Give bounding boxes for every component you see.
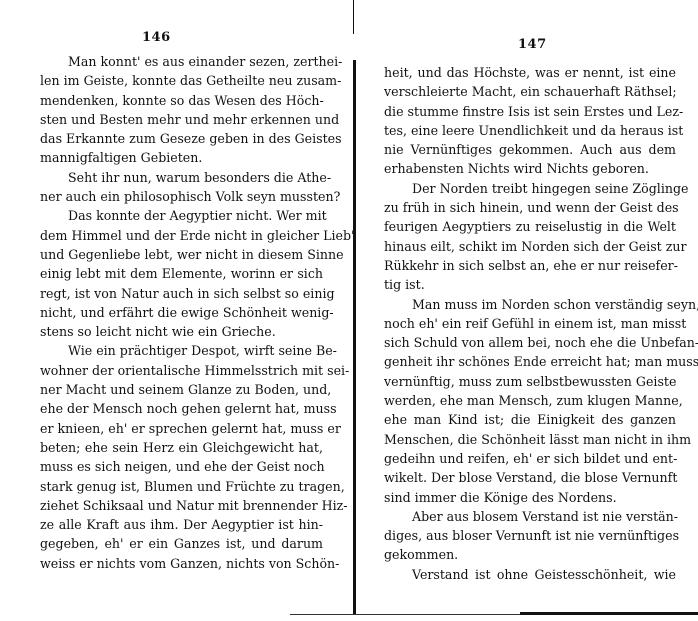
text-line: hinaus eilt, schikt im Norden sich der G… [384, 237, 676, 256]
text-line: er knieen, eh' er sprechen gelernt hat, … [40, 419, 323, 438]
text-line: das Erkannte zum Geseze geben in des Gei… [40, 129, 323, 148]
text-line: tig ist. [384, 275, 676, 294]
text-line: Wie ein prächtiger Despot, wirft seine B… [40, 341, 323, 360]
text-line: diges, aus bloser Vernunft ist nie vernü… [384, 526, 676, 545]
text-line: Aber aus blosem Verstand ist nie verstän… [384, 507, 676, 526]
text-line: stens so leicht nicht wie ein Grieche. [40, 322, 323, 341]
gutter-rule-top [353, 0, 354, 34]
text-line: weiss er nichts vom Ganzen, nichts von S… [40, 554, 323, 573]
text-line: genheit ihr schönes Ende erreicht hat; m… [384, 352, 676, 371]
text-line: wikelt. Der blose Verstand, die blose Ve… [384, 468, 676, 487]
text-line: mendenken, konnte so das Wesen des Höch- [40, 91, 323, 110]
text-line: wohner der orientalische Himmelsstrich m… [40, 361, 323, 380]
text-line: dem Himmel und der Erde nicht in gleiche… [40, 226, 323, 245]
text-line: ehe der Mensch noch gehen gelernt hat, m… [40, 399, 323, 418]
text-line: einig lebt mit dem Elemente, worinn er s… [40, 264, 323, 283]
text-line: sind immer die Könige des Nordens. [384, 488, 676, 507]
text-line: vernünftig, muss zum selbstbewussten Gei… [384, 372, 676, 391]
text-line: Der Norden treibt hingegen seine Zögling… [384, 179, 676, 198]
page-number-right: 147 [518, 37, 547, 52]
text-line: zu früh in sich hinein, und wenn der Gei… [384, 198, 676, 217]
text-line: und Gegenliebe lebt, wer nicht in diesem… [40, 245, 323, 264]
text-line: verschleierte Macht, ein schauerhaft Rät… [384, 82, 676, 101]
text-line: heit, und das Höchste, was er nennt, ist… [384, 63, 676, 82]
text-line: die stumme finstre Isis ist sein Erstes … [384, 102, 676, 121]
text-line: beten; ehe sein Herz ein Gleichgewicht h… [40, 438, 323, 457]
text-line: werden, ehe man Mensch, zum klugen Manne… [384, 391, 676, 410]
text-line: tes, eine leere Unendlichkeit und da her… [384, 121, 676, 140]
text-line: regt, ist von Natur auch in sich selbst … [40, 284, 323, 303]
text-line: ehe man Kind ist; die Einigkeit des ganz… [384, 410, 676, 429]
right-page: 147 heit, und das Höchste, was er nennt,… [356, 0, 698, 621]
text-line: ze alle Kraft aus ihm. Der Aegyptier ist… [40, 515, 323, 534]
text-line: Man muss im Norden schon verständig seyn… [384, 295, 676, 314]
left-page-text: Man konnt' es aus einander sezen, zerthe… [40, 52, 323, 573]
text-line: len im Geiste, konnte das Getheilte neu … [40, 71, 323, 90]
text-line: gekommen. [384, 545, 676, 564]
text-line: muss es sich neigen, und ehe der Geist n… [40, 457, 323, 476]
text-line: mannigfaltigen Gebieten. [40, 148, 323, 167]
text-line: erhabensten Nichts wird Nichts geboren. [384, 159, 676, 178]
text-line: ziehet Schiksaal und Natur mit brennende… [40, 496, 323, 515]
text-line: Man konnt' es aus einander sezen, zerthe… [40, 52, 323, 71]
text-line: sich Schuld von allem bei, noch ehe die … [384, 333, 676, 352]
right-page-text: heit, und das Höchste, was er nennt, ist… [384, 63, 676, 584]
page-number-left: 146 [142, 30, 171, 45]
text-line: Rükkehr in sich selbst an, ehe er nur re… [384, 256, 676, 275]
text-line: feurigen Aegyptiers zu reiselustig in di… [384, 217, 676, 236]
text-line: ner Macht und seinem Glanze zu Boden, un… [40, 380, 323, 399]
text-line: gegeben, eh' er ein Ganzes ist, und daru… [40, 534, 323, 553]
left-page: 146 Man konnt' es aus einander sezen, ze… [0, 0, 352, 621]
text-line: noch eh' ein reif Gefühl in einem ist, m… [384, 314, 676, 333]
text-line: sten und Besten mehr und mehr erkennen u… [40, 110, 323, 129]
text-line: ner auch ein philosophisch Volk seyn mus… [40, 187, 323, 206]
text-line: Menschen, die Schönheit lässt man nicht … [384, 430, 676, 449]
text-line: Das konnte der Aegyptier nicht. Wer mit [40, 206, 323, 225]
text-line: nie Vernünftiges gekommen. Auch aus dem [384, 140, 676, 159]
text-line: gedeihn und reifen, eh' er sich bildet u… [384, 449, 676, 468]
text-line: Verstand ist ohne Geistesschönheit, wie [384, 565, 676, 584]
text-line: stark genug ist, Blumen und Früchte zu t… [40, 477, 323, 496]
text-line: Seht ihr nun, warum besonders die Athe- [40, 168, 323, 187]
text-line: nicht, und erfährt die ewige Schönheit w… [40, 303, 323, 322]
